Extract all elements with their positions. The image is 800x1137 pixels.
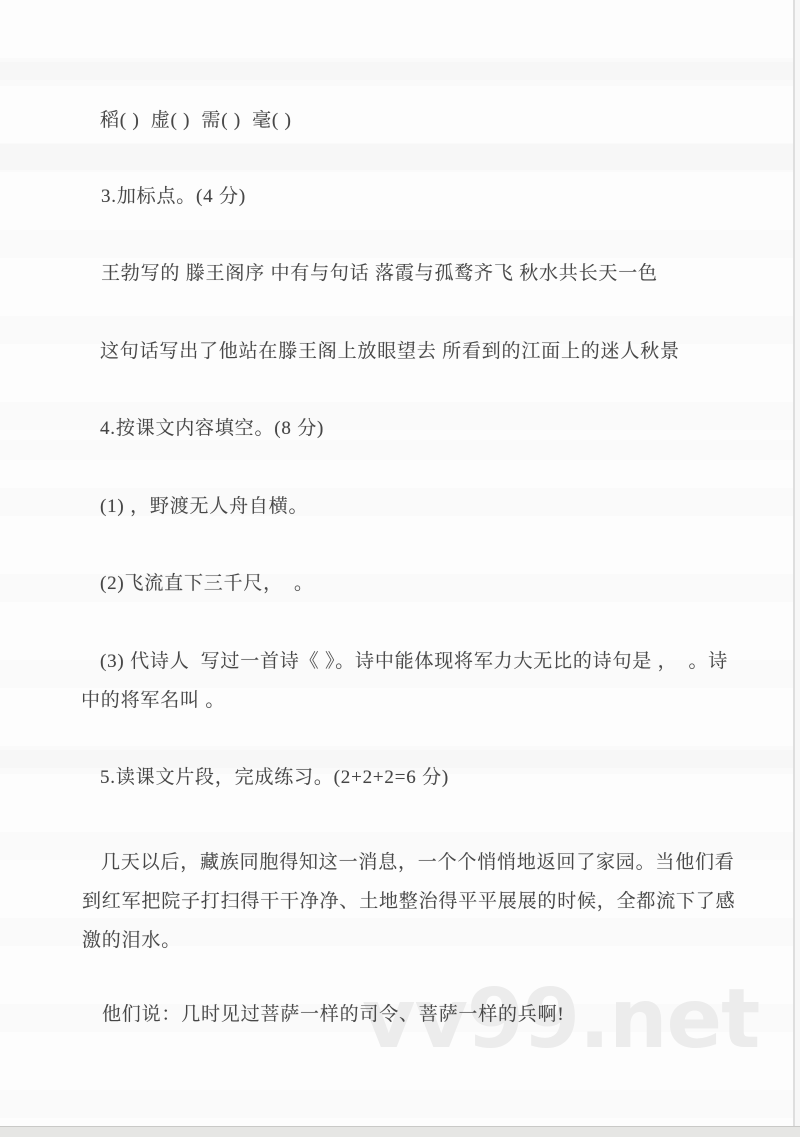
passage-paragraph-1-line-3: 激的泪水。 xyxy=(82,928,181,954)
passage-paragraph-2: 他们说：几时见过菩萨一样的司令、菩萨一样的兵啊! xyxy=(102,1002,565,1028)
scan-band xyxy=(0,440,800,460)
question-4-item-2: (2)飞流直下三千尺， 。 xyxy=(100,571,314,597)
passage-paragraph-1-line-1: 几天以后，藏族同胞得知这一消息，一个个悄悄地返回了家园。当他们看 xyxy=(101,850,735,876)
scan-band xyxy=(0,62,800,80)
fill-in-words-line: 稻( ) 虚( ) 需( ) 毫( ) xyxy=(100,108,292,134)
scanned-document-page: vv99.net 稻( ) 虚( ) 需( ) 毫( ) 3.加标点。(4 分)… xyxy=(0,0,800,1137)
page-right-edge-margin xyxy=(795,0,800,1126)
question-3-sentence-2: 这句话写出了他站在滕王阁上放眼望去 所看到的江面上的迷人秋景 xyxy=(100,339,680,365)
question-3-sentence-1: 王勃写的 滕王阁序 中有与句话 落霞与孤鹜齐飞 秋水共长天一色 xyxy=(101,261,658,287)
question-5-title: 5.读课文片段，完成练习。(2+2+2=6 分) xyxy=(100,765,449,791)
question-4-title: 4.按课文内容填空。(8 分) xyxy=(100,416,324,442)
scan-band xyxy=(0,143,800,170)
question-4-item-3-line-2: 中的将军名叫 。 xyxy=(81,688,225,714)
question-3-title: 3.加标点。(4 分) xyxy=(101,184,246,210)
question-4-item-1: (1) ，野渡无人舟自横。 xyxy=(100,494,308,520)
passage-paragraph-1-line-2: 到红军把院子打扫得干干净净、土地整治得平平展展的时候，全都流下了感 xyxy=(82,889,735,915)
page-footer-strip xyxy=(0,1126,800,1137)
question-4-item-3-line-1: (3) 代诗人 写过一首诗《 》。诗中能体现将军力大无比的诗句是 ， 。诗 xyxy=(100,649,728,675)
